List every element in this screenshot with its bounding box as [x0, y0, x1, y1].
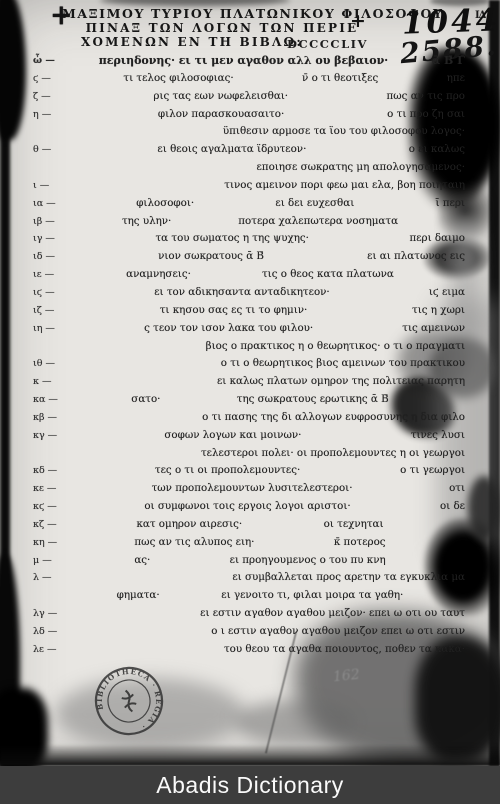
stain [235, 700, 355, 745]
screenshot: + + ΙΔ ΜΑΞΙΜΟΥ ΤΥΡΙΟΥ ΠΛΑΤΩΝΙΚΟΥ ΦΙΛΟΣΟΦ… [0, 0, 500, 804]
line-segment [465, 516, 469, 534]
line-segment: τινος αμεινον πορι φεω μαι ελα, βοη ποιη… [224, 177, 469, 195]
chapter-numeral: λε — [33, 641, 59, 659]
photo-bottom-edge [0, 744, 500, 766]
line-segment: κατ ομηρον αιρεσις· [136, 516, 246, 534]
line-segment: ᾱ Β̄ Γ̄ [432, 52, 469, 70]
manuscript-photo: + + ΙΔ ΜΑΞΙΜΟΥ ΤΥΡΙΟΥ ΠΛΑΤΩΝΙΚΟΥ ΦΙΛΟΣΟΦ… [0, 0, 500, 766]
chapter-numeral [33, 445, 59, 463]
caption-title: Abadis Dictionary [156, 772, 343, 799]
chapter-numeral: κγ — [33, 427, 59, 445]
manuscript-line: ιγ —τα του σωματος η της ψυχης·περι δαιμ… [33, 230, 469, 248]
ink-blotch [468, 476, 500, 540]
line-segment: ρις τας εων νωφελεισθαι· [153, 88, 292, 106]
manuscript-line: λ —ει συμβαλλεται προς αρετην τα εγκυκλι… [33, 569, 469, 587]
chapter-numeral: η — [33, 106, 59, 124]
chapter-numeral [33, 159, 59, 177]
line-segment: τα του σωματος η της ψυχης· [155, 230, 313, 248]
chapter-numeral: μ — [33, 552, 59, 570]
manuscript-line: ζ —ρις τας εων νωφελεισθαι·πως αν τις πρ… [33, 88, 469, 106]
manuscript-line: ιβ —της υλην·ποτερα χαλεπωτερα νοσηματα [33, 213, 469, 231]
right-edge-shadow [489, 0, 500, 766]
chapter-numeral: ιζ — [33, 302, 59, 320]
line-segment: των προπολεμουντων λυσιτελεστεροι· [152, 480, 357, 498]
line-segment: ν̄ ο τι θεοτιξες [302, 70, 382, 88]
line-segment: ς τεον τον ισον λακα του φιλου· [144, 320, 317, 338]
chapter-numeral: κδ — [33, 462, 59, 480]
line-segment: ας· [134, 552, 154, 570]
chapter-numeral: κε — [33, 480, 59, 498]
manuscript-line: κ —ει καλως πλατων ομηρον της πολιτειας … [33, 373, 469, 391]
line-segment: της υλην· [122, 213, 175, 231]
manuscript-line: φηματα·ει γενοιτο τι, φιλαι μοιρα τα γαθ… [33, 587, 469, 605]
manuscript-line: λδ —ο ι εστιν αγαθον αγαθου μειζον επει … [33, 623, 469, 641]
line-segment: τινες λυσι [411, 427, 469, 445]
line-segment: ϋπιθεσιν αρμοσε τα ϊου του φιλοσοφου λογ… [223, 123, 469, 141]
chapter-numeral: ιγ — [33, 230, 59, 248]
chapter-numeral: ιϛ — [33, 284, 59, 302]
line-segment: ει αι πλατωνος εις [367, 248, 469, 266]
line-segment: ει γενοιτο τι, φιλαι μοιρα τα γαθη· [221, 587, 407, 605]
line-segment: τις η χωρι [412, 302, 469, 320]
line-segment: νιον σωκρατους ᾱ Β̄ [158, 248, 268, 266]
line-segment [465, 213, 469, 231]
chapter-numeral: κζ — [33, 516, 59, 534]
manuscript-line: κβ —ο τι πασης της δι αλλογων ευφροσυνης… [33, 409, 469, 427]
chapter-numeral: ὦ — [33, 52, 59, 70]
line-segment: βιος ο πρακτικος η ο θεωρητικος· ο τι ο … [206, 338, 469, 356]
line-segment: οι τεχνηται [324, 516, 388, 534]
manuscript-line: ιθ —ο τι ο θεωρητικος βιος αμεινων του π… [33, 355, 469, 373]
manuscript-line: βιος ο πρακτικος η ο θεωρητικος· ο τι ο … [33, 338, 469, 356]
ink-blotch [0, 555, 20, 766]
manuscript-line: εποιησε σωκρατης μη απολογησαμενος· [33, 159, 469, 177]
manuscript-line: ι —τινος αμεινον πορι φεω μαι ελα, βοη π… [33, 177, 469, 195]
line-segment: ῑ περι [435, 195, 469, 213]
line-segment: τις ο θεος κατα πλατωνα [262, 266, 398, 284]
manuscript-line: λγ —ει εστιν αγαθον αγαθου μειζον· επει … [33, 605, 469, 623]
pencil-folio-number: 162 [332, 667, 360, 686]
manuscript-line: κε —των προπολεμουντων λυσιτελεστεροι·οτ… [33, 480, 469, 498]
manuscript-line: ια —φιλοσοφοι·ει δει ευχεσθαιῑ περι [33, 195, 469, 213]
line-segment: περι δαιμο [409, 230, 469, 248]
line-segment [465, 391, 469, 409]
chapter-numeral: ιδ — [33, 248, 59, 266]
line-segment: ει τον αδικησαντα ανταδικητεον· [154, 284, 334, 302]
line-segment: τις αμεινων [402, 320, 469, 338]
line-segment: φιλον παρασκουασαιτο· [158, 106, 288, 124]
line-segment: ο τι ο θεωρητικος βιος αμεινων του πρακτ… [221, 355, 469, 373]
manuscript-line: ιε —αναμνησεις·τις ο θεος κατα πλατωνα [33, 266, 469, 284]
chapter-numeral: κη — [33, 534, 59, 552]
title-line-1: ΜΑΞΙΜΟΥ ΤΥΡΙΟΥ ΠΛΑΤΩΝΙΚΟΥ ΦΙΛΟΣΟΦΟΥ [62, 6, 382, 21]
chapter-numeral: ζ — [33, 88, 59, 106]
line-segment: τελεστεροι πολει· οι προπολεμουντες η οι… [201, 445, 469, 463]
title-line-2: ΠΙΝΑΞ ΤΩΝ ΛΟΓΩΝ ΤΩΝ ΠΕΡΙΕ [62, 21, 382, 35]
line-segment: φηματα· [117, 587, 164, 605]
manuscript-line: ιϛ —ει τον αδικησαντα ανταδικητεον·ιϛ ει… [33, 284, 469, 302]
line-segment [465, 534, 469, 552]
line-segment: τες ο τι οι προπολεμουντες· [155, 462, 304, 480]
chapter-numeral: κα — [33, 391, 59, 409]
line-segment: ει καλως πλατων ομηρον της πολιτειας παρ… [217, 373, 469, 391]
line-segment: ο τι προ ζη σαι [387, 106, 469, 124]
line-segment: αναμνησεις· [126, 266, 195, 284]
chapter-numeral: ιε — [33, 266, 59, 284]
manuscript-line: κζ —κατ ομηρον αιρεσις·οι τεχνηται [33, 516, 469, 534]
chapter-numeral: λ — [33, 569, 59, 587]
line-segment: ποτερα χαλεπωτερα νοσηματα [238, 213, 402, 231]
manuscript-line: κα —σατο·της σωκρατους ερωτικης ᾱ Β̄ [33, 391, 469, 409]
chapter-numeral: λγ — [33, 605, 59, 623]
manuscript-lines: ὦ —περιηδονης· ει τι μεν αγαθον αλλ ου β… [33, 52, 469, 659]
chapter-numeral: ϛ — [33, 70, 59, 88]
chapter-numeral [33, 123, 59, 141]
manuscript-line: λε —του θεου τα αγαθα ποιουντος, ποθεν τ… [33, 641, 469, 659]
manuscript-line: ιζ —τι κησου σας ες τι το φημιν·τις η χω… [33, 302, 469, 320]
chapter-numeral: κϛ — [33, 498, 59, 516]
manuscript-line: μ —ας·ει προηγουμενος ο του πυ κνη [33, 552, 469, 570]
line-segment: τι τελος φιλοσοφιας· [123, 70, 237, 88]
manuscript-line: κη —πως αν τις αλυπος ειη·κ̄ ποτερος [33, 534, 469, 552]
line-segment: φιλοσοφοι· [136, 195, 198, 213]
line-segment: ηπε [447, 70, 469, 88]
line-segment: οτι [449, 480, 469, 498]
line-segment: ο τι πασης της δι αλλογων ευφροσυνης η δ… [202, 409, 469, 427]
line-segment: ει θεοις αγαλματα ϊδρυτεον· [157, 141, 310, 159]
line-segment: σοφων λογων και μοινων· [164, 427, 305, 445]
ink-blotch [0, 0, 26, 140]
manuscript-line: κγ —σοφων λογων και μοινων·τινες λυσι [33, 427, 469, 445]
chapter-numeral [33, 338, 59, 356]
chapter-numeral: κβ — [33, 409, 59, 427]
line-segment: ο ι εστιν αγαθον αγαθου μειζον επει ω οτ… [211, 623, 469, 641]
chapter-numeral: ια — [33, 195, 59, 213]
caption-bar: Abadis Dictionary [0, 766, 500, 804]
manuscript-line: ιδ —νιον σωκρατους ᾱ Β̄ει αι πλατωνος ει… [33, 248, 469, 266]
line-segment: ει εστιν αγαθον αγαθου μειζον· επει ω οτ… [200, 605, 469, 623]
chapter-numeral: λδ — [33, 623, 59, 641]
library-stamp-icon: BIBLIOTHECA · REGIA · [82, 654, 175, 747]
line-segment: της σωκρατους ερωτικης ᾱ Β̄ [237, 391, 393, 409]
left-edge-shadow [0, 0, 10, 766]
line-segment: οι δε [440, 498, 469, 516]
line-segment [465, 552, 469, 570]
line-segment: οι συμφωνοι τοις εργοις λογοι αριστοι· [144, 498, 354, 516]
line-segment: πως αν τις αλυπος ειη· [134, 534, 258, 552]
manuscript-line: τελεστεροι πολει· οι προπολεμουντες η οι… [33, 445, 469, 463]
manuscript-line: ϋπιθεσιν αρμοσε τα ϊου του φιλοσοφου λογ… [33, 123, 469, 141]
line-segment: τι κησου σας ες τι το φημιν· [160, 302, 312, 320]
manuscript-line: κδ —τες ο τι οι προπολεμουντες·ο τι γεωρ… [33, 462, 469, 480]
manuscript-line: θ —ει θεοις αγαλματα ϊδρυτεον·ο ει καλως [33, 141, 469, 159]
line-segment: ει δει ευχεσθαι [275, 195, 358, 213]
line-segment [465, 266, 469, 284]
chapter-numeral: κ — [33, 373, 59, 391]
manuscript-line: η —φιλον παρασκουασαιτο·ο τι προ ζη σαι [33, 106, 469, 124]
manuscript-line: ὦ —περιηδονης· ει τι μεν αγαθον αλλ ου β… [33, 52, 469, 70]
line-segment: σατο· [131, 391, 164, 409]
chapter-numeral: ι — [33, 177, 59, 195]
line-segment: εποιησε σωκρατης μη απολογησαμενος· [256, 159, 469, 177]
line-segment: κ̄ ποτερος [334, 534, 390, 552]
line-segment: ιϛ ειμα [429, 284, 469, 302]
manuscript-line: κϛ —οι συμφωνοι τοις εργοις λογοι αριστο… [33, 498, 469, 516]
ink-blotch [0, 688, 48, 766]
line-segment: ει συμβαλλεται προς αρετην τα εγκυκλια μ… [232, 569, 469, 587]
chapter-numeral: ιβ — [33, 213, 59, 231]
chapter-numeral: ιθ — [33, 355, 59, 373]
line-segment: περιηδονης· ει τι μεν αγαθον αλλ ου βεβα… [99, 52, 392, 70]
line-segment: ει προηγουμενος ο του πυ κνη [230, 552, 390, 570]
line-segment: ο ει καλως [409, 141, 469, 159]
line-segment: πως αν τις προ [387, 88, 469, 106]
chapter-numeral: ιη — [33, 320, 59, 338]
manuscript-line: ϛ —τι τελος φιλοσοφιας·ν̄ ο τι θεοτιξεςη… [33, 70, 469, 88]
manuscript-line: ιη —ς τεον τον ισον λακα του φιλου·τις α… [33, 320, 469, 338]
chapter-numeral: θ — [33, 141, 59, 159]
chapter-numeral [33, 587, 59, 605]
roman-numeral: DCCCCLIV [287, 37, 368, 51]
line-segment [465, 587, 469, 605]
line-segment: ο τι γεωργοι [400, 462, 469, 480]
line-segment: του θεου τα αγαθα ποιουντος, ποθεν τα κα… [224, 641, 469, 659]
